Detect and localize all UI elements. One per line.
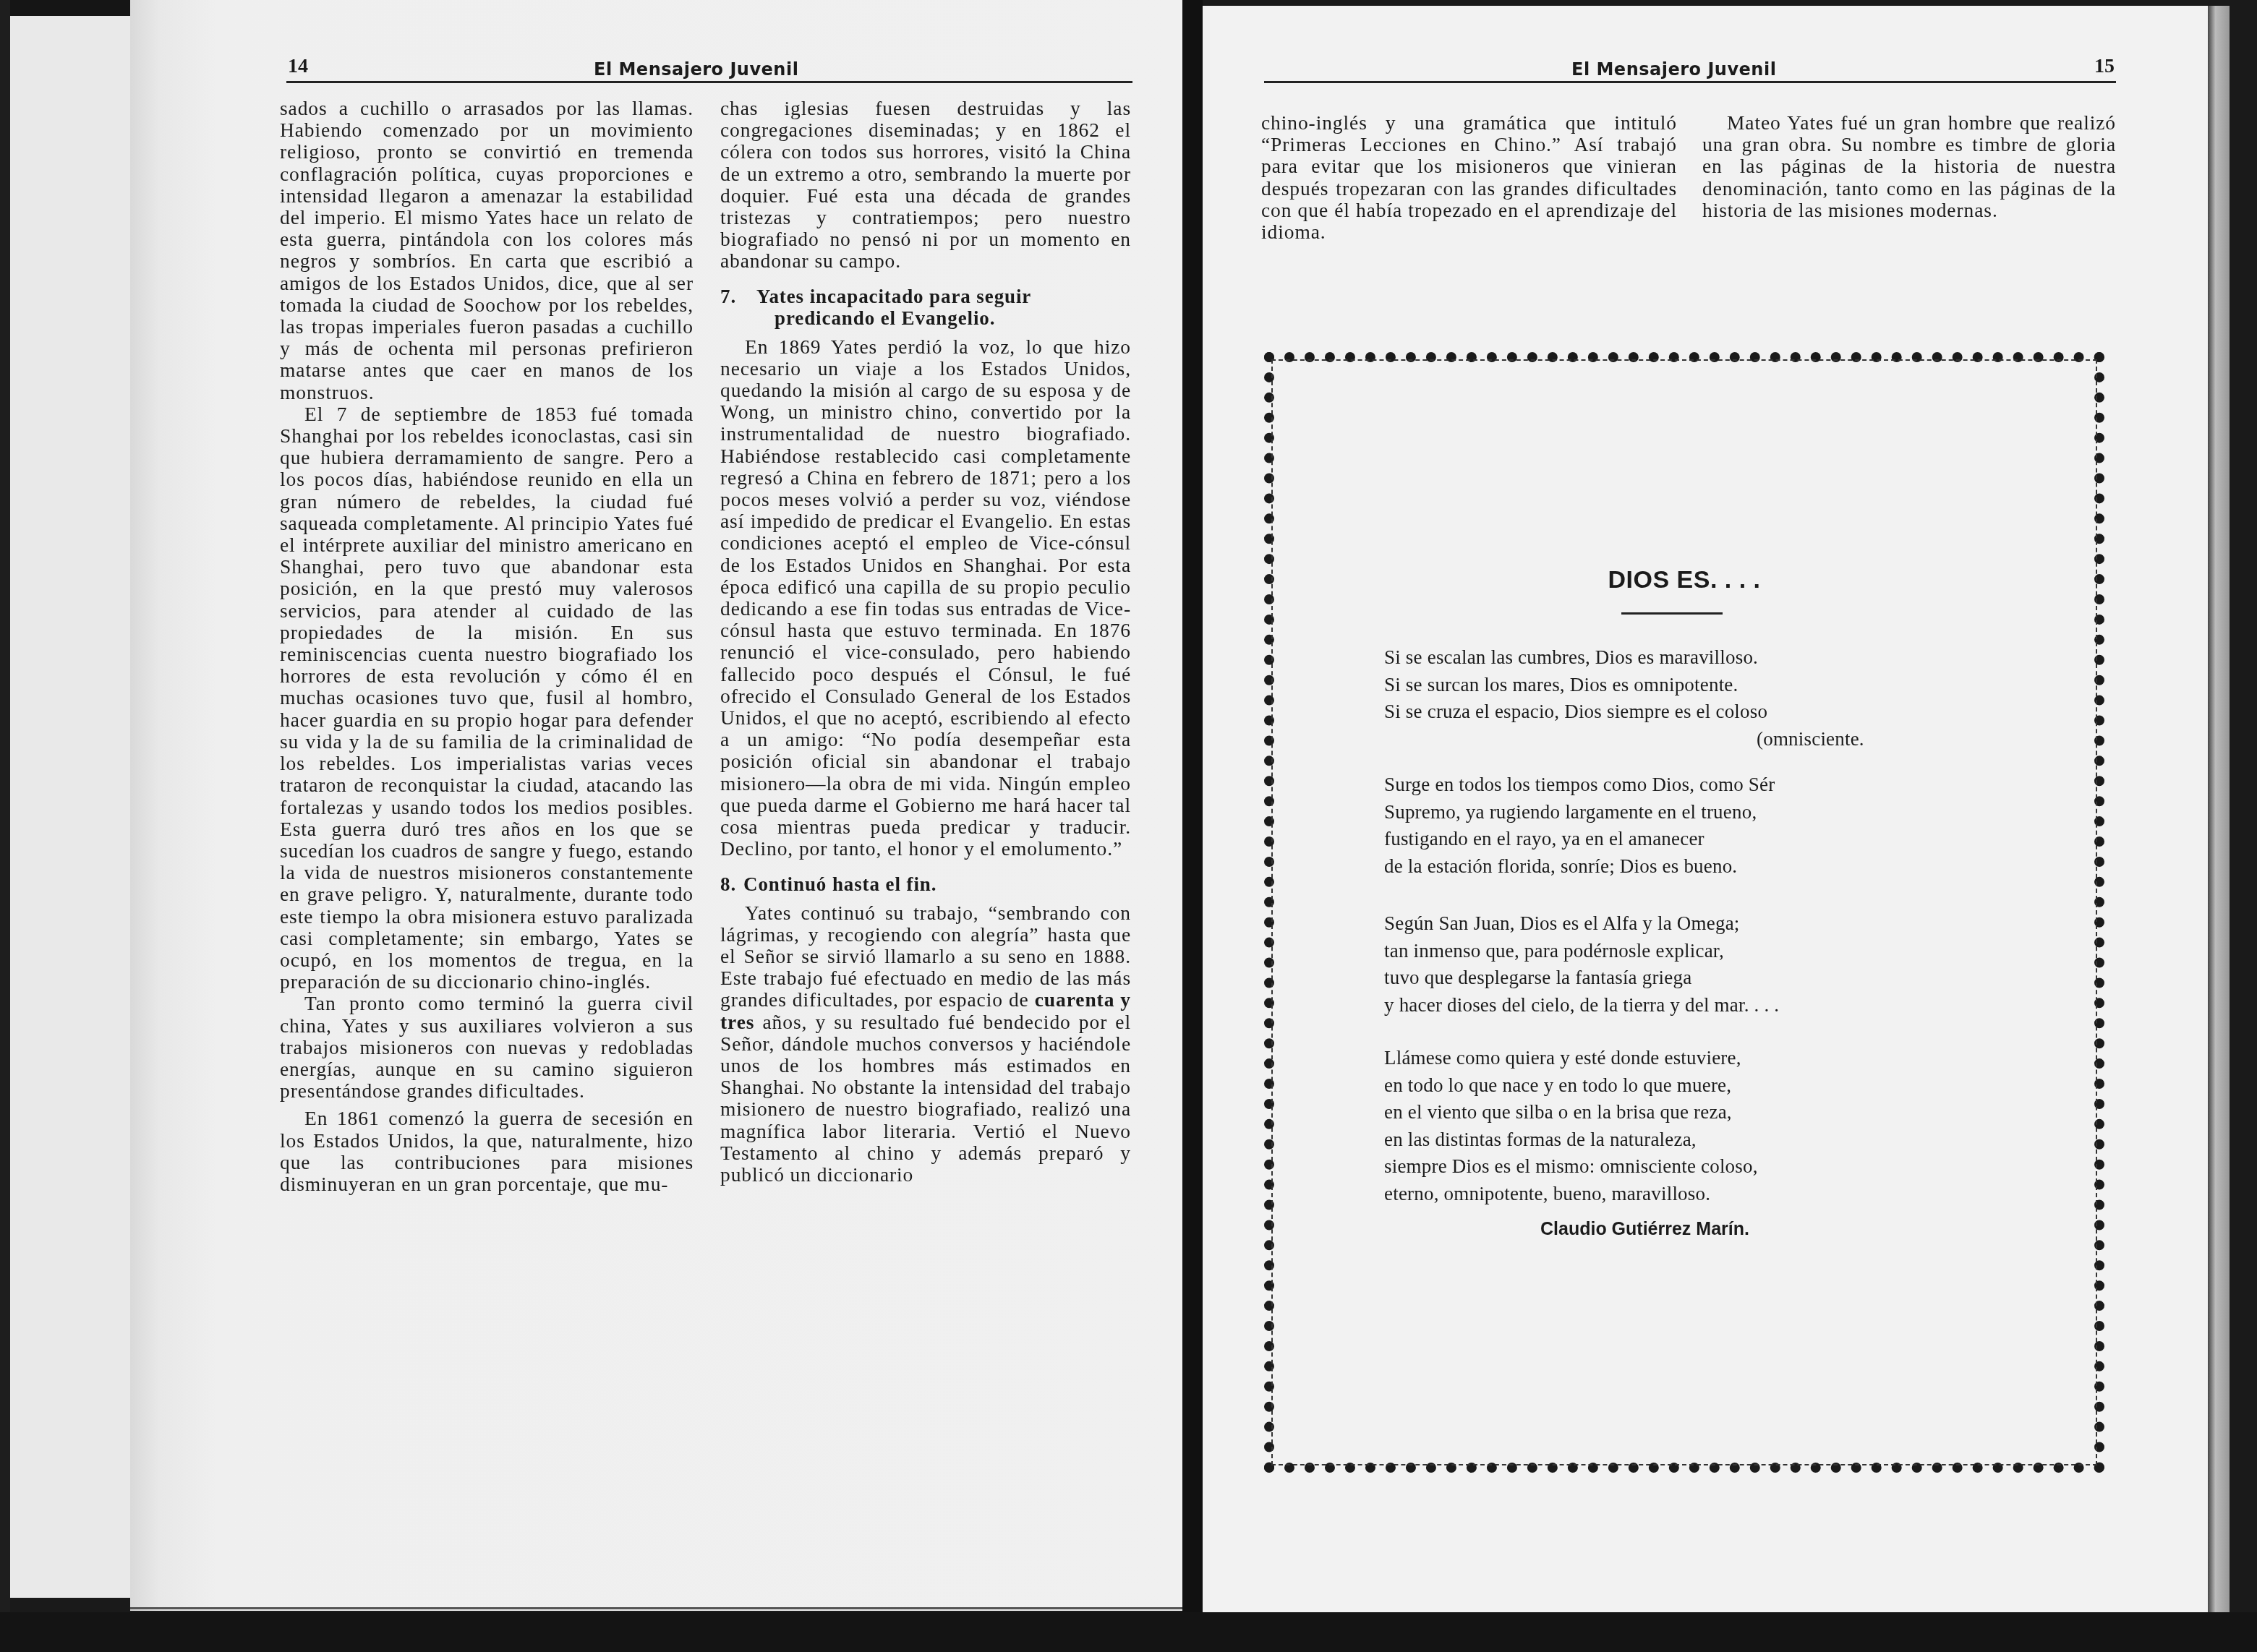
section-heading-7: 7.Yates incapacitado para seguir predica… [720, 286, 1131, 329]
column-right-2: Mateo Yates fué un gran hombre que reali… [1702, 112, 2116, 221]
poem-line: Si se cruza el espacio, Dios siempre es … [1384, 698, 1864, 726]
poem-stanza-1: Si se escalan las cumbres, Dios es marav… [1384, 644, 1864, 753]
poem-stanza-3: Según San Juan, Dios es el Alfa y la Ome… [1384, 910, 1779, 1019]
poem-line: Llámese como quiera y esté donde estuvie… [1384, 1045, 1758, 1072]
paragraph: Yates continuó su trabajo, “sembrando co… [720, 902, 1131, 1186]
poem-stanza-4: Llámese como quiera y esté donde estuvie… [1384, 1045, 1758, 1207]
section-number: 7. [720, 286, 756, 307]
page-edge-right [2208, 6, 2230, 1612]
poem-line-overflow: (omnisciente. [1384, 726, 1864, 753]
poem-line: de la estación florida, sonríe; Dios es … [1384, 853, 1775, 881]
poem-line: tan inmenso que, para podérnosle explica… [1384, 938, 1779, 965]
book-gutter [1182, 0, 1203, 1652]
poem-line: en el viento que silba o en la brisa que… [1384, 1099, 1758, 1126]
poem-line: en todo lo que nace y en todo lo que mue… [1384, 1072, 1758, 1100]
poem-line: Si se escalan las cumbres, Dios es marav… [1384, 644, 1864, 672]
title-divider [1621, 612, 1723, 615]
paragraph: En 1869 Yates perdió la voz, lo que hizo… [720, 336, 1131, 860]
poem-line: Supremo, ya rugiendo largamente en el tr… [1384, 799, 1775, 826]
column-right-1: chino-inglés y una gramática que intitul… [1261, 112, 1677, 243]
paragraph: El 7 de septiembre de 1853 fué tomada Sh… [280, 403, 694, 993]
scan-edge-bottom [0, 1612, 2257, 1652]
poem-author: Claudio Gutiérrez Marín. [1540, 1219, 1749, 1240]
poem-line: tuvo que desplegarse la fantasía griega [1384, 964, 1779, 992]
section-heading-8: 8.Continuó hasta el fin. [720, 873, 1131, 895]
paragraph: Mateo Yates fué un gran hombre que reali… [1702, 112, 2116, 221]
poem-line: Según San Juan, Dios es el Alfa y la Ome… [1384, 910, 1779, 938]
section-title-line2: predicando el Evangelio. [720, 307, 1131, 329]
paragraph: sados a cuchillo o arrasados por las lla… [280, 98, 694, 403]
scan-edge-left [0, 0, 10, 1652]
header-title: El Mensajero Juvenil [594, 59, 798, 80]
column-left-2: chas iglesias fuesen destruidas y las co… [720, 98, 1131, 1186]
poem-line: Surge en todos los tiempos como Dios, co… [1384, 771, 1775, 799]
paragraph: En 1861 comenzó la guerra de secesión en… [280, 1108, 694, 1195]
paragraph: chino-inglés y una gramática que intitul… [1261, 112, 1677, 243]
scan-margin-left [0, 0, 130, 1598]
section-number: 8. [720, 873, 743, 895]
poem-title: DIOS ES. . . . [1274, 566, 2094, 594]
header-title: El Mensajero Juvenil [1571, 59, 1776, 80]
page-number: 14 [288, 55, 308, 78]
poem-line: fustigando en el rayo, ya en el amanecer [1384, 826, 1775, 853]
page-number: 15 [2094, 55, 2115, 78]
text-run: años, y su resultado fué bendecido por e… [720, 1011, 1131, 1186]
section-title: Continuó hasta el fin. [743, 873, 936, 895]
poem-line: Si se surcan los mares, Dios es omnipote… [1384, 672, 1864, 699]
ornamental-border: DIOS ES. . . . Si se escalan las cumbres… [1264, 352, 2104, 1473]
section-title: Yates incapacitado para seguir [756, 286, 1031, 307]
poem-line: eterno, omnipotente, bueno, maravilloso. [1384, 1181, 1758, 1208]
poem-line: en las distintas formas de la naturaleza… [1384, 1126, 1758, 1154]
paragraph: Tan pronto como terminó la guerra civil … [280, 993, 694, 1102]
paragraph: chas iglesias fuesen destruidas y las co… [720, 98, 1131, 273]
poem-line: y hacer dioses del cielo, de la tierra y… [1384, 992, 1779, 1019]
poem-line: siempre Dios es el mismo: omnisciente co… [1384, 1153, 1758, 1181]
column-left-1: sados a cuchillo o arrasados por las lla… [280, 98, 694, 1195]
running-header-right: El Mensajero Juvenil 15 [1264, 45, 2116, 83]
poem-stanza-2: Surge en todos los tiempos como Dios, co… [1384, 771, 1775, 880]
scan-edge-top [0, 0, 130, 16]
page-bottom-edge [130, 1607, 1182, 1609]
running-header-left: 14 El Mensajero Juvenil [286, 45, 1132, 83]
